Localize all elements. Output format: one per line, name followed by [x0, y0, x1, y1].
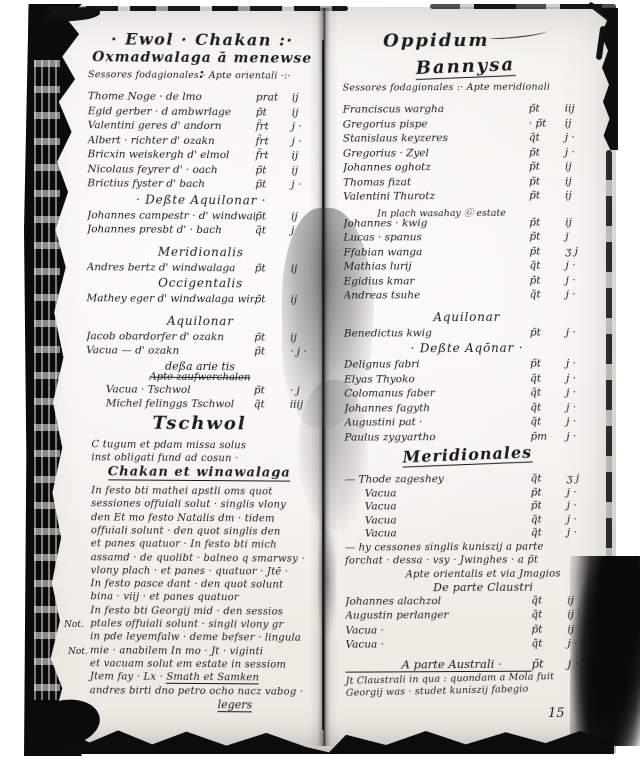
row-value: j ·	[568, 656, 592, 670]
row-mark: f̃rt	[255, 149, 291, 161]
row-name: Vacua	[345, 527, 531, 540]
row-name: Vacua · Tschwol	[86, 383, 254, 396]
row-value: j ·	[566, 386, 590, 398]
row-name: Nicolaus feyrer d' · oach	[87, 163, 255, 176]
row-name: Valentini Thurotz	[343, 190, 529, 203]
register-row: Vacua ·q̃tj ·	[345, 638, 591, 654]
row-name: Paulus zygyartho	[344, 430, 530, 443]
page-number: 15	[548, 706, 565, 721]
manuscript-scan: · Ewol · Chakan :· Oxmadwalaga ā menewse…	[0, 0, 640, 762]
manuscript-line: C tugum et pdam missa solus	[91, 438, 313, 453]
row-value: ij	[567, 594, 591, 606]
row-name: Franciscus wargha	[343, 103, 529, 116]
margin-note: Not.	[64, 620, 84, 630]
register-row: Andreas tsuheq̃tj ·	[344, 288, 590, 304]
row-name: Vacua	[345, 500, 531, 513]
register-row: Bricxin weiskergh d' elmolf̃rtij	[87, 148, 315, 164]
register-row: Lucas · spanusp̃tj	[343, 230, 589, 246]
row-name: Valentini geres d' andorn	[88, 119, 256, 132]
row-value: ij	[565, 117, 589, 129]
row-mark: q̃t	[530, 415, 566, 427]
register-row: Johannes campestr · d' windwalagap̃tij	[87, 209, 315, 225]
meridionales-text: Meridionales	[402, 442, 532, 467]
row-name: Thomas fizat	[343, 175, 529, 188]
row-value: ij	[291, 150, 315, 162]
register-row: Mathey eger d' windwalaga windgp̃tij	[86, 292, 314, 308]
register-row: Delignus fabrip̃tj ·	[344, 357, 590, 373]
row-name: Ffabian wanga	[343, 245, 529, 258]
row-value: iiij	[290, 399, 314, 411]
row-name: Michel felinggs Tschwol	[86, 397, 254, 410]
row-mark: p̃t	[254, 331, 290, 343]
row-value: j ·	[566, 274, 590, 286]
row-name: Colomanus faber	[344, 387, 530, 400]
row-name: Egidius kmar	[344, 274, 530, 287]
right-title-text: Oppidum	[383, 30, 490, 52]
register-row: Thome Noge · de lmopratij	[88, 90, 316, 106]
row-name: Benedictus kwig	[344, 326, 530, 339]
manuscript-line: et panes quatuor · In festo bti mich	[91, 538, 313, 553]
register-row: Gregorius · Zyelp̃tj ·	[343, 146, 589, 162]
binding-texture	[34, 60, 60, 700]
row-name: Stanislaus keyzeres	[343, 132, 529, 145]
register-row: Vacua ·p̃tij	[345, 623, 591, 639]
row-value: ij	[291, 164, 315, 176]
row-value: ij	[291, 210, 315, 222]
row-value: ʒ j	[567, 472, 591, 484]
row-value: j ·	[567, 527, 591, 539]
register-row: Andres bertz d' windwalagap̃tij	[87, 261, 315, 277]
row-mark: p̃t	[529, 102, 565, 114]
row-mark: q̃t	[529, 259, 565, 271]
right-rows-meridionales: — Thode zagesheyq̃tʒ j Vacuap̃tj · Vacua…	[345, 472, 591, 541]
margin-note: Not.	[68, 647, 88, 657]
row-mark: p̃t	[254, 293, 290, 305]
register-row: Ffabian wangap̃tʒ j	[343, 245, 589, 261]
closing-note: Jt Claustrali in qua : quondam a Mola fu…	[345, 670, 591, 700]
row-name: Thome Noge · de lmo	[88, 90, 256, 103]
register-row: Thomas fizatp̃tij	[343, 175, 589, 191]
row-name: Johannes alachzol	[345, 595, 531, 608]
row-mark: p̃t	[531, 486, 567, 498]
register-row: Johannes alachzolq̃tij	[345, 594, 591, 610]
right-paragraph: — hy cessones singlis kuniszij a parte f…	[345, 540, 591, 568]
row-value: j ·	[566, 326, 590, 338]
row-name: Bricxin weiskergh d' elmol	[87, 148, 255, 161]
row-name: Andres bertz d' windwalaga	[87, 261, 255, 274]
left-rows-orientali: Thome Noge · de lmopratij Egid gerber · …	[87, 90, 316, 193]
row-value: j	[291, 225, 315, 237]
register-row: Augustini pat ·q̃tj ·	[344, 415, 590, 431]
row-name: Elyas Thyoko	[344, 372, 530, 385]
register-row: Egidius kmarp̃tj ·	[344, 274, 590, 290]
row-value: j ·	[566, 357, 590, 369]
underlined-phrase: Smath et Samken	[166, 672, 259, 685]
right-rows-claustri: Johannes alachzolq̃tij Augustin perlange…	[345, 594, 591, 653]
section-heading-desste: · Deßte Aqōnar ·	[344, 340, 590, 358]
row-name: Johannes fagyth	[344, 401, 530, 414]
final-underlined-word: legers	[90, 697, 312, 713]
row-name: Mathey eger d' windwalaga windg	[86, 292, 254, 305]
register-row: Vacuaq̃tj ·	[345, 513, 591, 528]
manuscript-line: forchat · dessa · vsy · Jwinghes · a p̃t	[345, 554, 591, 569]
register-row: Valentini Thurotzp̃tij	[343, 189, 589, 205]
row-mark: p̃t	[530, 326, 566, 338]
row-mark: p̃t	[529, 175, 565, 187]
row-value: j ·	[566, 415, 590, 427]
register-row: Jacob obardorfer d' ozaknp̃tij	[86, 330, 314, 346]
row-name: Gregorius pispe	[343, 117, 529, 130]
register-row: Vacuap̃tj ·	[345, 486, 591, 501]
row-mark: · p̃t	[529, 117, 565, 129]
row-mark: p̃t	[254, 345, 290, 357]
register-row: Vacuaq̃tj ·	[345, 527, 591, 542]
manuscript-line: in pde leyemfalw · deme befser · lingula	[90, 631, 312, 646]
row-mark: p̃t	[255, 210, 291, 222]
row-mark: p̃t	[529, 230, 565, 242]
left-rows-aquilonar-2: Jacob obardorfer d' ozaknp̃tij Vacua — d…	[86, 330, 314, 361]
row-name: Albert · richter d' ozakn	[88, 134, 256, 147]
row-value: ij	[292, 92, 316, 104]
row-mark: p̃t	[531, 623, 567, 635]
section-heading-meridionalis: Meridionalis	[87, 244, 315, 263]
register-row: Johannes presbt d' · bachq̃tj	[87, 223, 315, 239]
heading-tschwol: Tschwol	[86, 412, 314, 440]
register-row: Gregorius pispe· p̃tij	[343, 117, 589, 133]
register-row: Michel felinggs Tschwolq̃tiiij	[86, 397, 314, 413]
row-mark: p̃t	[529, 216, 565, 228]
row-value: · j ·	[290, 346, 314, 358]
row-value: j	[565, 230, 589, 242]
right-rows-desste: Delignus fabrip̃tj · Elyas Thyokoq̃tj · …	[344, 357, 590, 445]
register-row: Johannes · kwigp̃tij	[343, 216, 589, 232]
left-page: · Ewol · Chakan :· Oxmadwalaga ā menewse…	[84, 29, 317, 712]
row-mark: q̃t	[530, 401, 566, 413]
manuscript-line: bina · viij · et panes quatuor	[90, 591, 312, 606]
row-mark: p̃t	[529, 245, 565, 257]
manuscript-line-underlined: Jtem fay · Lx · Smath et Samken	[90, 670, 312, 685]
flourish-stroke	[489, 29, 547, 40]
row-mark: q̃t	[531, 609, 567, 621]
row-name: Johannes oghotz	[343, 161, 529, 174]
register-row: Albert · richter d' ozaknf̃rtj ·	[88, 134, 316, 150]
row-mark: q̃t	[530, 288, 566, 300]
register-row: Franciscus warghap̃tiij	[343, 102, 589, 118]
row-mark: prat	[256, 91, 292, 103]
register-row: Nicolaus feyrer d' · oachp̃tij	[87, 163, 315, 179]
left-rows-aquilonar: Johannes campestr · d' windwalagap̃tij J…	[87, 209, 315, 240]
row-name: Mathias lurij	[343, 260, 529, 273]
fold-smudge	[316, 520, 338, 640]
right-page-edge-line	[606, 150, 612, 566]
row-value: j ·	[565, 131, 589, 143]
row-mark: p̃t	[531, 500, 567, 512]
row-name: Augustini pat ·	[344, 416, 530, 429]
australi-label: A parte Australi ·	[346, 657, 532, 673]
row-name: Andreas tsuhe	[344, 289, 530, 302]
row-mark: f̃rt	[256, 120, 292, 132]
row-mark: q̃t	[529, 131, 565, 143]
row-mark: q̃t	[531, 527, 567, 539]
register-row: Johannes oghotzp̃tij	[343, 160, 589, 176]
manuscript-line: — hy cessones singlis kuniszij a parte	[345, 540, 591, 555]
row-name: Brictius fyster d' bach	[87, 177, 255, 190]
row-mark: q̃t	[530, 386, 566, 398]
row-value: j ·	[292, 135, 316, 147]
row-mark: p̃t	[529, 189, 565, 201]
row-mark: q̃t	[255, 224, 291, 236]
row-value: j ·	[566, 372, 590, 384]
section-heading-occidentalis: Occigentalis	[87, 275, 315, 294]
right-page: Oppidum Bannysa Sessores fodagionales :·…	[342, 23, 592, 697]
row-mark: p̃t	[254, 384, 290, 396]
row-mark: p̃t	[529, 146, 565, 158]
register-row: Elyas Thyokoq̃tj ·	[344, 372, 590, 388]
row-value: j ·	[565, 259, 589, 271]
section-heading-aquilonar-right: Aquilonar	[344, 309, 590, 327]
row-name: Egid gerber · d ambwrlage	[88, 105, 256, 118]
manuscript-line: assamd · de quolibt · balneo q smarwsy ·	[91, 551, 313, 566]
row-name: Lucas · spanus	[343, 231, 529, 244]
row-mark: p̃t	[255, 164, 291, 176]
row-name: Delignus fabri	[344, 358, 530, 371]
row-name: Johannes campestr · d' windwalaga	[87, 209, 255, 222]
row-value: j ·	[566, 288, 590, 300]
row-value: j ·	[567, 486, 591, 498]
left-column-heading: Sessores fodagionales · Apte orientali ·…	[88, 69, 316, 86]
section-heading-aquilonar: · Deßte Aquilonar ·	[87, 192, 315, 211]
row-value: j ·	[291, 179, 315, 191]
row-value: ʒ j	[565, 245, 589, 257]
row-value: j ·	[292, 121, 316, 133]
paragraph-tschwol: C tugum et pdam missa solus inst obligat…	[85, 438, 313, 466]
register-row: Johannes fagythq̃tj ·	[344, 401, 590, 417]
row-mark: q̃t	[531, 513, 567, 525]
row-value: ij	[565, 216, 589, 228]
row-value: j ·	[567, 500, 591, 512]
row-value: j ·	[565, 146, 589, 158]
row-mark: p̃t	[256, 106, 292, 118]
row-mark: p̃t	[532, 656, 568, 670]
row-mark: q̃t	[531, 594, 567, 606]
row-name: Augustin perlanger	[345, 609, 531, 622]
row-name: Jacob obardorfer d' ozakn	[86, 330, 254, 343]
row-mark: q̃t	[531, 638, 567, 650]
row-mark: q̃t	[531, 472, 567, 484]
row-mark: f̃rt	[256, 135, 292, 147]
row-value: j ·	[566, 401, 590, 413]
heading-chakan: Chakan et winawalaga	[85, 464, 313, 486]
row-value: j ·	[567, 513, 591, 525]
row-value: ij	[565, 175, 589, 187]
manuscript-line: sessiones offuiali solut · singlis vlony	[91, 498, 313, 513]
row-mark: q̃t	[530, 372, 566, 384]
row-value: ij	[291, 262, 315, 274]
register-row: Colomanus faberq̃tj ·	[344, 386, 590, 402]
paragraph-chakan: In festo bti mathei apstli oms quot sess…	[84, 484, 314, 712]
row-value: j ·	[567, 638, 591, 650]
line-claustri: De parte Claustri	[345, 580, 591, 595]
row-name: Johannes presbt d' · bach	[87, 223, 255, 236]
row-value: ij	[290, 331, 314, 343]
row-value: ij	[565, 160, 589, 172]
heading-chakan-text: Chakan et winawalaga	[108, 464, 291, 481]
row-value: iij	[565, 102, 589, 114]
row-value: ij	[565, 189, 589, 201]
register-row: Benedictus kwigp̃tj ·	[344, 326, 590, 342]
line-orientalis: Apte orientalis et via Jmagios	[345, 567, 591, 582]
register-row: Stanislaus keyzeresq̃tj ·	[343, 131, 589, 147]
right-rows-meridionali: Franciscus warghap̃tiij Gregorius pispe·…	[343, 102, 590, 304]
row-mark: p̃t	[255, 178, 291, 190]
row-value: ij	[290, 294, 314, 306]
row-name: Gregorius · Zyel	[343, 146, 529, 159]
row-mark: p̃t	[255, 262, 291, 274]
row-value: · j	[290, 384, 314, 396]
row-mark: p̃t	[529, 160, 565, 172]
register-row: Brictius fyster d' bachp̃tj ·	[87, 177, 315, 193]
register-row: Mathias lurijq̃tj ·	[343, 259, 589, 275]
row-name: Vacua	[345, 513, 531, 526]
line-prefix: Jtem fay · Lx ·	[90, 671, 167, 683]
row-name: Vacua — d' ozakn	[86, 344, 254, 357]
row-mark: p̃t	[530, 357, 566, 369]
final-word-text: legers	[218, 698, 253, 712]
register-row: Vacua · Tschwolp̃t· j	[86, 383, 314, 399]
row-name: Vacua ·	[345, 624, 531, 637]
row-name: Vacua ·	[345, 638, 531, 651]
left-rows-tschwol: Vacua · Tschwolp̃t· j Michel felinggs Ts…	[86, 383, 314, 414]
section-heading-aquilonar-2: Aquilonar	[86, 313, 314, 332]
register-row: Egid gerber · d ambwrlagep̃tij	[88, 105, 316, 121]
register-row: Augustin perlangerq̃tij ·	[345, 609, 591, 625]
left-title: · Ewol · Chakan :·	[88, 29, 316, 51]
row-value: ij ·	[567, 609, 591, 621]
register-row: Vacuap̃tj ·	[345, 500, 591, 515]
row-value: ij	[567, 623, 591, 635]
register-row: Vacua — d' ozaknp̃t· j ·	[86, 344, 314, 360]
row-value: ij	[292, 106, 316, 118]
row-name: Johannes · kwig	[343, 216, 529, 229]
right-subtitle-text: Bannysa	[415, 54, 515, 80]
manuscript-line: andres birti dno petro ocho nacz vabog ·	[90, 684, 312, 699]
row-mark: p̃t	[530, 274, 566, 286]
left-subtitle: Oxmadwalaga ā menewse :	[88, 49, 316, 71]
row-mark: q̃t	[254, 398, 290, 410]
register-row: Valentini geres d' andornf̃rtj ·	[88, 119, 316, 135]
row-name: Vacua	[345, 486, 531, 499]
